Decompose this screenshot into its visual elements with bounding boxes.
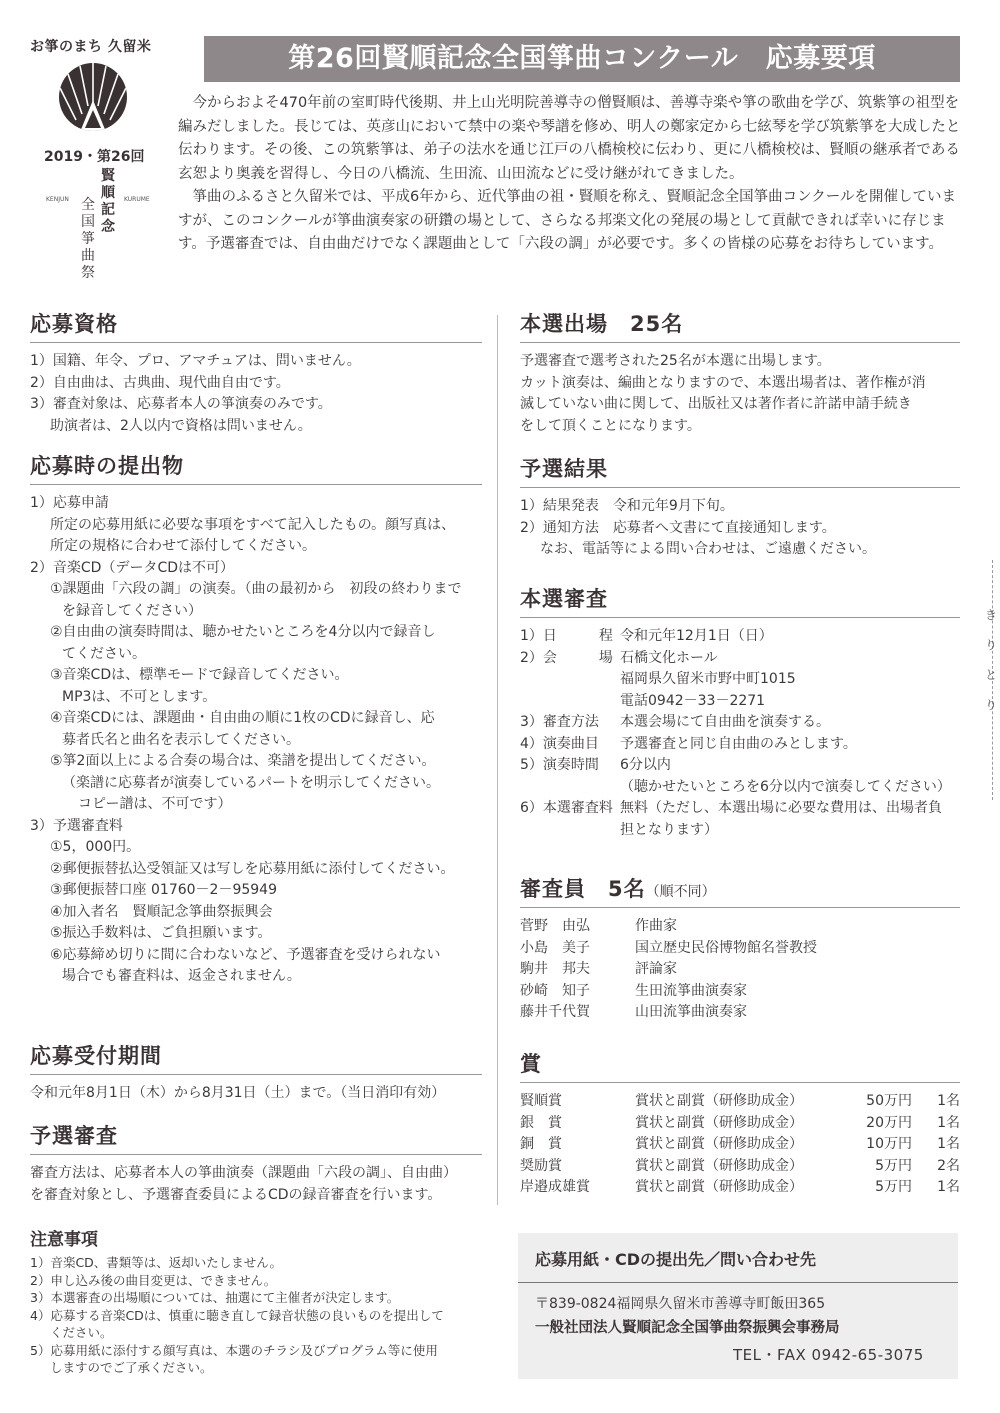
prize-amount: 5万円: [853, 1156, 912, 1178]
section-period: 応募受付期間 令和元年8月1日（木）から8月31日（土）まで。（当日消印有効）: [30, 1040, 482, 1105]
cut-here-label: きりとり: [985, 600, 999, 720]
list-item: ③音楽CDは、標準モードで録音してください。: [30, 665, 482, 687]
list-item: 4）応募する音楽CDは、慎重に聴き直して録音状態の良いものを提出して: [30, 1307, 500, 1325]
table-row: 担となります）: [520, 820, 951, 842]
judge-role: 評論家: [635, 959, 817, 981]
table-row: 駒井 邦夫評論家: [520, 959, 817, 981]
prize-count: 1名: [912, 1177, 960, 1199]
list-item: （楽譜に応募者が演奏しているパートを明示してください。: [30, 773, 482, 795]
prize-name: 岸邉成雄賞: [520, 1177, 635, 1199]
list-item: 場合でも審査料は、返金されません。: [30, 966, 482, 988]
judges-table: 菅野 由弘作曲家 小島 美子国立歴史民俗博物館名誉教授 駒井 邦夫評論家 砂崎 …: [520, 916, 817, 1024]
section-prizes: 賞 賢順賞賞状と副賞（研修助成金）50万円1名 銀 賞賞状と副賞（研修助成金）2…: [520, 1048, 960, 1199]
logo-vertical-kenjun-kinen: 賢順記念: [101, 168, 117, 236]
finals-table: 1）日 程令和元年12月1日（日） 2）会 場石橋文化ホール 福岡県久留米市野中…: [520, 626, 951, 841]
notes-list: 1）音楽CD、書類等は、返却いたしません。 2）申し込み後の曲目変更は、できませ…: [30, 1254, 500, 1377]
list-item: ③郵便振替口座 01760－2－95949: [30, 880, 482, 902]
prize-count: 1名: [912, 1091, 960, 1113]
list-item: 3）本選審査の出場順については、抽選にて主催者が決定します。: [30, 1289, 500, 1307]
judges-heading-text: 審査員 5名: [520, 877, 646, 901]
row-value: 予選審査と同じ自由曲のみとします。: [620, 734, 951, 756]
table-row: 銅 賞賞状と副賞（研修助成金）10万円1名: [520, 1134, 960, 1156]
prize-amount: 10万円: [853, 1134, 912, 1156]
table-row: 福岡県久留米市野中町1015: [520, 669, 951, 691]
list-item: ④加入者名 賢順記念箏曲祭振興会: [30, 902, 482, 924]
prize-amount: 20万円: [853, 1113, 912, 1135]
finals-entry-text: 予選審査で選考された25名が本選に出場します。 カット演奏は、編曲となりますので…: [520, 351, 960, 437]
list-item: 2）通知方法 応募者へ文書にて直接通知します。: [520, 518, 960, 540]
list-item: を録音してください）: [30, 601, 482, 623]
table-row: 2）会 場石橋文化ホール: [520, 648, 951, 670]
list-item: 2）自由曲は、古典曲、現代曲自由です。: [30, 373, 482, 395]
list-item: 1）結果発表 令和元年9月下旬。: [520, 496, 960, 518]
prize-count: 1名: [912, 1113, 960, 1135]
section-heading: 応募時の提出物: [30, 450, 482, 485]
logo-label-kurume: KURUME: [124, 196, 150, 203]
text-line: を審査対象とし、予選審査委員によるCDの録音審査を行います。: [30, 1185, 482, 1207]
judges-heading-sub: （順不同）: [646, 884, 716, 900]
prize-desc: 賞状と副賞（研修助成金）: [635, 1177, 853, 1199]
contact-heading: 応募用紙・CDの提出先／問い合わせ先: [535, 1247, 816, 1270]
row-label: 2）会 場: [520, 648, 620, 670]
list-item: 2）申し込み後の曲目変更は、できません。: [30, 1272, 500, 1290]
prize-name: 銅 賞: [520, 1134, 635, 1156]
table-row: 5）演奏時間6分以内: [520, 755, 951, 777]
section-heading: 応募受付期間: [30, 1040, 482, 1075]
section-eligibility: 応募資格 1）国籍、年令、プロ、アマチュアは、問いません。 2）自由曲は、古典曲…: [30, 308, 482, 437]
section-heading: 予選審査: [30, 1120, 482, 1155]
row-value: 福岡県久留米市野中町1015: [620, 669, 951, 691]
eligibility-list: 1）国籍、年令、プロ、アマチュアは、問いません。 2）自由曲は、古典曲、現代曲自…: [30, 351, 482, 437]
section-results: 予選結果 1）結果発表 令和元年9月下旬。 2）通知方法 応募者へ文書にて直接通…: [520, 453, 960, 561]
table-row: 銀 賞賞状と副賞（研修助成金）20万円1名: [520, 1113, 960, 1135]
list-item: ⑤振込手数料は、ご負担願います。: [30, 923, 482, 945]
koto-logo-icon: [58, 62, 128, 132]
table-row: 電話0942－33－2271: [520, 691, 951, 713]
text-line: 滅していない曲に関して、出版社又は著作者に許諾申請手続き: [520, 394, 960, 416]
section-heading: 本選審査: [520, 583, 960, 618]
prize-desc: 賞状と副賞（研修助成金）: [635, 1156, 853, 1178]
results-list: 1）結果発表 令和元年9月下旬。 2）通知方法 応募者へ文書にて直接通知します。…: [520, 496, 960, 561]
list-item: ①5，000円。: [30, 837, 482, 859]
judge-name: 駒井 邦夫: [520, 959, 635, 981]
judge-name: 藤井千代賀: [520, 1002, 635, 1024]
contact-organization: 一般社団法人賢順記念全国箏曲祭振興会事務局: [535, 1316, 840, 1337]
row-label: 4）演奏曲目: [520, 734, 620, 756]
list-item: コピー譜は、不可です）: [30, 794, 482, 816]
list-item: 5）応募用紙に添付する顔写真は、本選のチラシ及びプログラム等に使用: [30, 1342, 500, 1360]
text-line: 予選審査で選考された25名が本選に出場します。: [520, 351, 960, 373]
row-label: 6）本選審査料: [520, 798, 620, 820]
list-item: 3）予選審査料: [30, 816, 482, 838]
list-item: ②郵便振替払込受領証又は写しを応募用紙に添付してください。: [30, 859, 482, 881]
list-item: 所定の応募用紙に必要な事項をすべて記入したもの。顔写真は、: [30, 515, 482, 537]
row-value: 6分以内: [620, 755, 951, 777]
table-row: 奨励賞賞状と副賞（研修助成金）5万円2名: [520, 1156, 960, 1178]
list-item: 2）音楽CD（データCDは不可）: [30, 558, 482, 580]
intro-paragraph-1: 今からおよそ470年前の室町時代後期、井上山光明院善導寺の僧賢順は、善導寺楽や箏…: [178, 92, 968, 186]
judge-role: 作曲家: [635, 916, 817, 938]
section-judges: 審査員 5名（順不同） 菅野 由弘作曲家 小島 美子国立歴史民俗博物館名誉教授 …: [520, 873, 960, 1024]
section-heading: 予選結果: [520, 453, 960, 488]
row-label: 1）日 程: [520, 626, 620, 648]
list-item: 所定の規格に合わせて添付してください。: [30, 536, 482, 558]
submission-list: 1）応募申請 所定の応募用紙に必要な事項をすべて記入したもの。顔写真は、 所定の…: [30, 493, 482, 988]
prize-name: 賢順賞: [520, 1091, 635, 1113]
logo-vertical-zenkoku-sokyokusai: 全国箏曲祭: [81, 197, 97, 282]
row-value: 本選会場にて自由曲を演奏する。: [620, 712, 951, 734]
table-row: 6）本選審査料無料（ただし、本選出場に必要な費用は、出場者負: [520, 798, 951, 820]
prize-desc: 賞状と副賞（研修助成金）: [635, 1134, 853, 1156]
text-line: 審査方法は、応募者本人の箏曲演奏（課題曲「六段の調」、自由曲）: [30, 1163, 482, 1185]
section-heading: 応募資格: [30, 308, 482, 343]
list-item: 1）応募申請: [30, 493, 482, 515]
prizes-table: 賢順賞賞状と副賞（研修助成金）50万円1名 銀 賞賞状と副賞（研修助成金）20万…: [520, 1091, 960, 1199]
judge-name: 菅野 由弘: [520, 916, 635, 938]
intro-paragraph-2: 箏曲のふるさと久留米では、平成6年から、近代箏曲の祖・賢順を称え、賢順記念全国箏…: [178, 186, 968, 257]
prize-amount: 50万円: [853, 1091, 912, 1113]
table-row: 賢順賞賞状と副賞（研修助成金）50万円1名: [520, 1091, 960, 1113]
intro-text: 今からおよそ470年前の室町時代後期、井上山光明院善導寺の僧賢順は、善導寺楽や箏…: [178, 92, 968, 257]
judge-role: 国立歴史民俗博物館名誉教授: [635, 938, 817, 960]
page-title: 第26回賢順記念全国箏曲コンクール 応募要項: [204, 36, 960, 82]
contact-address: 〒839-0824福岡県久留米市善導寺町飯田365: [535, 1293, 825, 1313]
section-finals-entry: 本選出場 25名 予選審査で選考された25名が本選に出場します。 カット演奏は、…: [520, 308, 960, 437]
list-item-note: 助演者は、2人以内で資格は問いません。: [30, 416, 482, 438]
row-value: 電話0942－33－2271: [620, 691, 951, 713]
list-item: 3）審査対象は、応募者本人の箏演奏のみです。: [30, 394, 482, 416]
table-row: 小島 美子国立歴史民俗博物館名誉教授: [520, 938, 817, 960]
list-item: 1）国籍、年令、プロ、アマチュアは、問いません。: [30, 351, 482, 373]
section-submission: 応募時の提出物 1）応募申請 所定の応募用紙に必要な事項をすべて記入したもの。顔…: [30, 450, 482, 988]
logo-year-edition: 2019・第26回: [44, 146, 144, 166]
row-value: （聴かせたいところを6分以内で演奏してください）: [620, 777, 951, 799]
row-value: 石橋文化ホール: [620, 648, 951, 670]
table-row: 1）日 程令和元年12月1日（日）: [520, 626, 951, 648]
section-preliminary: 予選審査 審査方法は、応募者本人の箏曲演奏（課題曲「六段の調」、自由曲） を審査…: [30, 1120, 482, 1206]
prize-desc: 賞状と副賞（研修助成金）: [635, 1091, 853, 1113]
section-heading: 本選出場 25名: [520, 308, 960, 343]
period-text: 令和元年8月1日（木）から8月31日（土）まで。（当日消印有効）: [30, 1083, 482, 1105]
row-label: [520, 820, 620, 842]
judge-role: 生田流箏曲演奏家: [635, 981, 817, 1003]
row-label: [520, 777, 620, 799]
text-line: カット演奏は、編曲となりますので、本選出場者は、著作権が消: [520, 373, 960, 395]
list-item: MP3は、不可とします。: [30, 687, 482, 709]
row-value: 令和元年12月1日（日）: [620, 626, 951, 648]
row-label: [520, 691, 620, 713]
list-item: ②自由曲の演奏時間は、聴かせたいところを4分以内で録音し: [30, 622, 482, 644]
section-finals: 本選審査 1）日 程令和元年12月1日（日） 2）会 場石橋文化ホール 福岡県久…: [520, 583, 960, 841]
table-row: 3）審査方法本選会場にて自由曲を演奏する。: [520, 712, 951, 734]
column-divider: [497, 315, 498, 1205]
preliminary-text: 審査方法は、応募者本人の箏曲演奏（課題曲「六段の調」、自由曲） を審査対象とし、…: [30, 1163, 482, 1206]
section-notes: 注意事項 1）音楽CD、書類等は、返却いたしません。 2）申し込み後の曲目変更は…: [30, 1225, 500, 1377]
section-heading: 注意事項: [30, 1225, 500, 1250]
row-label: 5）演奏時間: [520, 755, 620, 777]
section-heading: 賞: [520, 1048, 960, 1083]
judge-name: 小島 美子: [520, 938, 635, 960]
list-item: なお、電話等による問い合わせは、ご遠慮ください。: [520, 539, 960, 561]
prize-count: 2名: [912, 1156, 960, 1178]
logo-label-kenjun: KENJUN: [46, 196, 69, 203]
prize-name: 銀 賞: [520, 1113, 635, 1135]
table-row: 4）演奏曲目予選審査と同じ自由曲のみとします。: [520, 734, 951, 756]
contact-divider: [518, 1282, 958, 1283]
list-item: しますのでご了承ください。: [30, 1359, 500, 1377]
row-label: 3）審査方法: [520, 712, 620, 734]
section-heading: 審査員 5名（順不同）: [520, 873, 960, 908]
judge-name: 砂崎 知子: [520, 981, 635, 1003]
table-row: 藤井千代賀山田流箏曲演奏家: [520, 1002, 817, 1024]
prize-name: 奨励賞: [520, 1156, 635, 1178]
row-label: [520, 669, 620, 691]
prize-desc: 賞状と副賞（研修助成金）: [635, 1113, 853, 1135]
list-item: ①課題曲「六段の調」の演奏。（曲の最初から 初段の終わりまで: [30, 579, 482, 601]
list-item: ⑥応募締め切りに間に合わないなど、予選審査を受けられない: [30, 945, 482, 967]
prize-amount: 5万円: [853, 1177, 912, 1199]
table-row: （聴かせたいところを6分以内で演奏してください）: [520, 777, 951, 799]
judge-role: 山田流箏曲演奏家: [635, 1002, 817, 1024]
list-item: てください。: [30, 644, 482, 666]
logo-tagline: お箏のまち 久留米: [30, 36, 151, 56]
list-item: ⑤箏2面以上による合奏の場合は、楽譜を提出してください。: [30, 751, 482, 773]
contact-tel-fax: TEL・FAX 0942-65-3075: [733, 1344, 924, 1365]
text-line: をして頂くことになります。: [520, 416, 960, 438]
table-row: 菅野 由弘作曲家: [520, 916, 817, 938]
row-value: 無料（ただし、本選出場に必要な費用は、出場者負: [620, 798, 951, 820]
table-row: 岸邉成雄賞賞状と副賞（研修助成金）5万円1名: [520, 1177, 960, 1199]
table-row: 砂崎 知子生田流箏曲演奏家: [520, 981, 817, 1003]
list-item: 募者氏名と曲名を表示してください。: [30, 730, 482, 752]
row-value: 担となります）: [620, 820, 951, 842]
list-item: ④音楽CDには、課題曲・自由曲の順に1枚のCDに録音し、応: [30, 708, 482, 730]
list-item: ください。: [30, 1324, 500, 1342]
prize-count: 1名: [912, 1134, 960, 1156]
list-item: 1）音楽CD、書類等は、返却いたしません。: [30, 1254, 500, 1272]
